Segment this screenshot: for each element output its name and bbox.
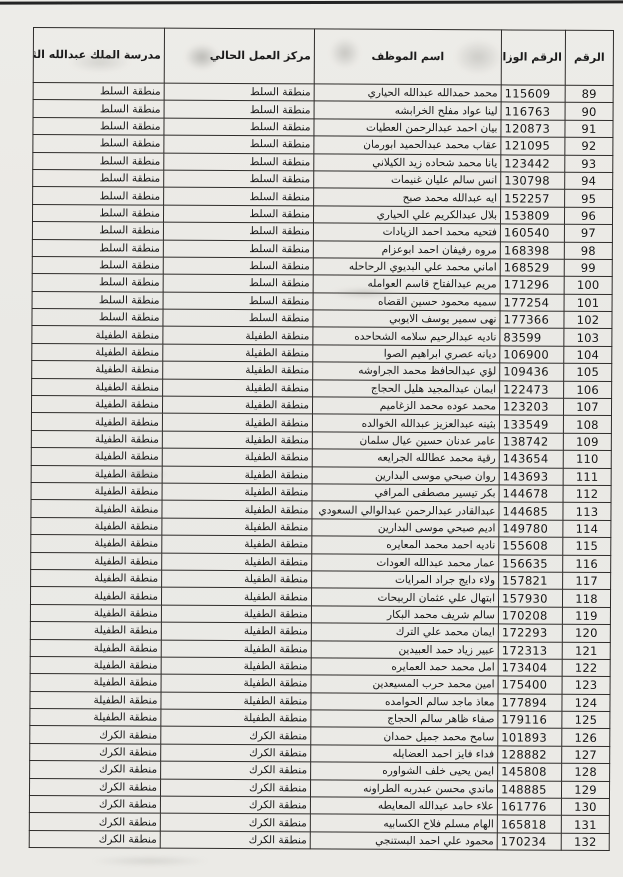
employee-name-cell: سامح محمد جميل حمدان	[311, 727, 498, 745]
row-number-cell: 117	[563, 572, 611, 590]
ministry-number-cell: 109436	[500, 363, 564, 381]
ministry-number-cell: 130798	[501, 172, 565, 190]
ministry-number-cell: 143654	[499, 450, 563, 468]
employee-name-cell: ابتهال علي عثمان الربيحات	[311, 588, 498, 606]
school-cell: منطقة السلط	[32, 291, 163, 309]
work-center-cell: منطقة الطفيلة	[162, 431, 312, 449]
work-center-cell: منطقة الطفيلة	[161, 709, 311, 727]
ministry-number-cell: 177894	[498, 694, 562, 712]
table-row: 132 170234 محمود علي احمد البستنجي منطقة…	[29, 830, 609, 850]
document-scan: الرقم الرقم الوزاري اسم الموظف مركز العم…	[29, 27, 613, 851]
employee-name-cell: ايمان عبدالمجيد هليل الحجاج	[313, 380, 500, 398]
employee-name-cell: ماندي محسن عبدربه الطراونه	[310, 780, 497, 798]
school-cell: منطقة الطفيلة	[31, 500, 162, 518]
school-cell: منطقة الطفيلة	[30, 674, 161, 692]
work-center-cell: منطقة الطفيلة	[162, 553, 312, 571]
school-cell: منطقة السلط	[32, 274, 163, 292]
school-cell: منطقة السلط	[33, 187, 164, 205]
ministry-number-cell: 168398	[500, 241, 564, 259]
work-center-cell: منطقة الطفيلة	[162, 396, 312, 414]
school-cell: منطقة الطفيلة	[30, 691, 161, 709]
work-center-cell: منطقة الطفيلة	[163, 361, 313, 379]
work-center-cell: منطقة الطفيلة	[162, 535, 312, 553]
school-cell: منطقة الطفيلة	[31, 517, 162, 535]
work-center-cell: منطقة السلط	[164, 83, 314, 101]
employee-name-cell: ديانه عصري ابراهيم الصوا	[313, 345, 500, 363]
employee-name-cell: عقاب محمد عبدالحميد ابورمان	[314, 136, 501, 154]
row-number-cell: 111	[563, 468, 611, 486]
ministry-number-cell: 143693	[499, 468, 563, 486]
row-number-cell: 100	[564, 277, 612, 295]
employee-name-cell: بيان احمد عبدالرحمن العطيات	[314, 119, 501, 137]
employee-name-cell: صفاء ظاهر سالم الحجاج	[311, 710, 498, 728]
ministry-number-cell: 157930	[498, 589, 562, 607]
employee-name-cell: لينا عواد مفلح الخرابشه	[314, 101, 501, 119]
row-number-cell: 110	[563, 450, 611, 468]
employee-name-cell: مروه رفيفان احمد ابوعزام	[313, 240, 500, 258]
school-cell: منطقة السلط	[33, 100, 164, 118]
scan-edge-line	[0, 0, 623, 4]
school-cell: منطقة الكرك	[30, 761, 161, 779]
work-center-cell: منطقة الطفيلة	[161, 657, 311, 675]
work-center-cell: منطقة الطفيلة	[161, 692, 311, 710]
school-cell: منطقة الطفيلة	[31, 552, 162, 570]
row-number-cell: 129	[561, 781, 609, 799]
school-cell: منطقة الطفيلة	[32, 361, 163, 379]
ministry-number-cell: 170234	[497, 833, 561, 851]
school-cell: منطقة الطفيلة	[32, 343, 163, 361]
school-cell: منطقة السلط	[32, 239, 163, 257]
school-cell: منطقة الطفيلة	[30, 604, 161, 622]
work-center-cell: منطقة السلط	[163, 222, 313, 240]
work-center-cell: منطقة السلط	[164, 101, 314, 119]
work-center-cell: منطقة الكرك	[160, 779, 310, 797]
ministry-number-cell: 138742	[499, 433, 563, 451]
work-center-cell: منطقة الكرك	[160, 796, 310, 814]
school-cell: منطقة الطفيلة	[31, 413, 162, 431]
employee-name-cell: عمار محمد عبدالله العودات	[312, 553, 499, 571]
ministry-number-cell: 172313	[498, 641, 562, 659]
work-center-cell: منطقة الطفيلة	[161, 587, 311, 605]
school-cell: منطقة الطفيلة	[31, 448, 162, 466]
employee-name-cell: ولاء دايج جراد المرايات	[312, 571, 499, 589]
school-cell: منطقة الطفيلة	[30, 639, 161, 657]
work-center-cell: منطقة السلط	[164, 118, 314, 136]
employee-name-cell: ناديه عبدالرحيم سلامه الشحاحده	[313, 327, 500, 345]
header-ministry-number: الرقم الوزاري	[501, 30, 565, 85]
ministry-number-cell: 170208	[498, 607, 562, 625]
row-number-cell: 109	[563, 433, 611, 451]
ministry-number-cell: 179116	[498, 711, 562, 729]
school-cell: منطقة السلط	[33, 169, 164, 187]
employee-name-cell: مريم عبدالفتاح قاسم العوامله	[313, 275, 500, 293]
row-number-cell: 124	[562, 694, 610, 712]
school-cell: منطقة الطفيلة	[30, 622, 161, 640]
school-cell: منطقة الكرك	[29, 795, 160, 813]
employee-name-cell: عبدالقادر عبدالرحمن عبدالوالي السعودي	[312, 501, 499, 519]
school-cell: منطقة الكرك	[29, 813, 160, 831]
row-number-cell: 99	[564, 259, 612, 277]
school-cell: منطقة الطفيلة	[32, 326, 163, 344]
row-number-cell: 103	[564, 329, 612, 347]
employee-name-cell: سميه محمود حسين القضاه	[313, 293, 500, 311]
row-number-cell: 104	[564, 346, 612, 364]
row-number-cell: 92	[565, 137, 613, 155]
work-center-cell: منطقة السلط	[164, 187, 314, 205]
work-center-cell: منطقة السلط	[164, 135, 314, 153]
row-number-cell: 125	[562, 711, 610, 729]
work-center-cell: منطقة الطفيلة	[161, 640, 311, 658]
work-center-cell: منطقة السلط	[163, 257, 313, 275]
employee-name-cell: محمود علي احمد البستنجي	[310, 832, 497, 850]
employee-name-cell: معاذ ماجد سالم الحوامده	[311, 693, 498, 711]
row-number-cell: 122	[562, 659, 610, 677]
employee-name-cell: محمد حمدالله عبدالله الحياري	[314, 84, 501, 102]
work-center-cell: منطقة الطفيلة	[162, 570, 312, 588]
work-center-cell: منطقة الكرك	[160, 831, 310, 849]
ministry-number-cell: 133549	[499, 415, 563, 433]
row-number-cell: 94	[565, 172, 613, 190]
employee-name-cell: الهام مسلم فلاح الكسابيه	[310, 814, 497, 832]
school-cell: منطقة السلط	[32, 204, 163, 222]
employee-name-cell: بثينه عبدالعزيز عبدالله الخوالده	[312, 414, 499, 432]
employee-name-cell: ايمان محمد علي الترك	[311, 623, 498, 641]
ministry-number-cell: 175400	[498, 676, 562, 694]
row-number-cell: 93	[565, 155, 613, 173]
row-number-cell: 89	[565, 85, 613, 103]
ministry-number-cell: 177366	[500, 311, 564, 329]
ministry-number-cell: 177254	[500, 294, 564, 312]
work-center-cell: منطقة الطفيلة	[162, 501, 312, 519]
employee-name-cell: امين محمد حرب المسيعدين	[311, 675, 498, 693]
row-number-cell: 108	[563, 416, 611, 434]
scanned-transfer-list-page: { "colors":{"paper":"#eae9e5","ink":"#16…	[0, 0, 623, 877]
ministry-number-cell: 144678	[499, 485, 563, 503]
row-number-cell: 130	[561, 798, 609, 816]
work-center-cell: منطقة الطفيلة	[163, 344, 313, 362]
ministry-number-cell: 120873	[501, 120, 565, 138]
work-center-cell: منطقة السلط	[163, 309, 313, 327]
ministry-number-cell: 128882	[498, 746, 562, 764]
school-cell: منطقة السلط	[32, 309, 163, 327]
employee-name-cell: سالم شريف محمد البكار	[311, 606, 498, 624]
row-number-cell: 91	[565, 120, 613, 138]
school-cell: منطقة السلط	[33, 117, 164, 135]
employee-name-cell: فتحيه محمد احمد الزيادات	[313, 223, 500, 241]
employee-name-cell: محمد عوده محمد الزغاميم	[312, 397, 499, 415]
employee-name-cell: رقية محمد عطالله الجرايعه	[312, 449, 499, 467]
school-cell: منطقة الكرك	[30, 743, 161, 761]
row-number-cell: 113	[563, 503, 611, 521]
work-center-cell: منطقة السلط	[163, 240, 313, 258]
school-cell: منطقة الطفيلة	[31, 535, 162, 553]
work-center-cell: منطقة السلط	[163, 292, 313, 310]
school-cell: منطقة الطفيلة	[31, 569, 162, 587]
table-header-row: الرقم الرقم الوزاري اسم الموظف مركز العم…	[33, 27, 613, 85]
ministry-number-cell: 122473	[500, 381, 564, 399]
employee-name-cell: اماني محمد علي البديوي الرحاحله	[313, 258, 500, 276]
employee-name-cell: ايه عبدالله محمد صبح	[314, 188, 501, 206]
ministry-number-cell: 149780	[499, 520, 563, 538]
employee-name-cell: انس سالم عليان غنيمات	[314, 171, 501, 189]
row-number-cell: 112	[563, 485, 611, 503]
row-number-cell: 102	[564, 311, 612, 329]
row-number-cell: 128	[562, 763, 610, 781]
employee-name-cell: عامر عدنان حسين عيال سلمان	[312, 432, 499, 450]
school-cell: منطقة الطفيلة	[32, 378, 163, 396]
employee-name-cell: ايمن يحيى خلف الشواوره	[311, 762, 498, 780]
ministry-number-cell: 123442	[501, 154, 565, 172]
row-number-cell: 126	[562, 729, 610, 747]
school-cell: منطقة الطفيلة	[31, 482, 162, 500]
work-center-cell: منطقة الطفيلة	[161, 674, 311, 692]
school-cell: منطقة الكرك	[30, 726, 161, 744]
school-cell: منطقة السلط	[32, 256, 163, 274]
work-center-cell: منطقة الطفيلة	[163, 327, 313, 345]
ministry-number-cell: 121095	[501, 137, 565, 155]
row-number-cell: 95	[565, 190, 613, 208]
employee-name-cell: فداء فايز احمد العضايله	[311, 745, 498, 763]
work-center-cell: منطقة السلط	[164, 170, 314, 188]
ministry-number-cell: 115609	[501, 85, 565, 103]
row-number-cell: 105	[564, 363, 612, 381]
scan-smudge	[90, 856, 210, 866]
work-center-cell: منطقة الكرك	[161, 761, 311, 779]
school-cell: منطقة السلط	[33, 152, 164, 170]
row-number-cell: 101	[564, 294, 612, 312]
row-number-cell: 131	[561, 816, 609, 834]
work-center-cell: منطقة الطفيلة	[162, 483, 312, 501]
school-cell: منطقة الكرك	[29, 778, 160, 796]
school-cell: منطقة السلط	[33, 135, 164, 153]
employee-name-cell: نهى سمير يوسف الايوبي	[313, 310, 500, 328]
row-number-cell: 90	[565, 103, 613, 121]
ministry-number-cell: 106900	[500, 346, 564, 364]
employee-name-cell: بكر تيسير مصطفى المرافي	[312, 484, 499, 502]
school-cell: منطقة الطفيلة	[30, 656, 161, 674]
work-center-cell: منطقة الطفيلة	[163, 379, 313, 397]
row-number-cell: 118	[562, 590, 610, 608]
header-employee-name: اسم الموظف	[314, 29, 501, 85]
row-number-cell: 123	[562, 677, 610, 695]
row-number-cell: 121	[562, 642, 610, 660]
work-center-cell: منطقة الطفيلة	[162, 518, 312, 536]
header-work-center: مركز العمل الحالي	[164, 28, 314, 84]
ministry-number-cell: 161776	[497, 798, 561, 816]
school-cell: منطقة الطفيلة	[31, 395, 162, 413]
row-number-cell: 98	[564, 242, 612, 260]
ministry-number-cell: 165818	[497, 815, 561, 833]
ministry-number-cell: 144685	[499, 502, 563, 520]
ministry-number-cell: 155608	[499, 537, 563, 555]
row-number-cell: 97	[564, 224, 612, 242]
employee-name-cell: لؤي عبدالحافظ محمد الجراوشه	[313, 362, 500, 380]
school-cell: منطقة الكرك	[29, 830, 160, 848]
ministry-number-cell: 152257	[501, 189, 565, 207]
employee-name-cell: ناديه احمد محمد المعايره	[312, 536, 499, 554]
header-row-number: الرقم	[565, 30, 613, 85]
work-center-cell: منطقة الكرك	[160, 814, 310, 832]
ministry-number-cell: 83599	[500, 328, 564, 346]
employee-name-cell: اديم صبحي موسى البدارين	[312, 519, 499, 537]
row-number-cell: 132	[561, 833, 609, 851]
ministry-number-cell: 145808	[498, 763, 562, 781]
work-center-cell: منطقة السلط	[163, 274, 313, 292]
ministry-number-cell: 160540	[500, 224, 564, 242]
ministry-number-cell: 156635	[499, 554, 563, 572]
ministry-number-cell: 171296	[500, 276, 564, 294]
ministry-number-cell: 157821	[499, 572, 563, 590]
header-school: مدرسة الملك عبدالله الثاني للتميز المنقو…	[33, 27, 164, 83]
ministry-number-cell: 116763	[501, 102, 565, 120]
employee-name-cell: روان صبحي موسى البدارين	[312, 467, 499, 485]
row-number-cell: 115	[563, 537, 611, 555]
work-center-cell: منطقة الكرك	[161, 744, 311, 762]
row-number-cell: 107	[563, 398, 611, 416]
work-center-cell: منطقة الطفيلة	[162, 414, 312, 432]
work-center-cell: منطقة الطفيلة	[161, 605, 311, 623]
employee-name-cell: يانا محمد شحاده زيد الكيلاني	[314, 153, 501, 171]
work-center-cell: منطقة السلط	[164, 153, 314, 171]
ministry-number-cell: 153809	[500, 207, 564, 225]
school-cell: منطقة الطفيلة	[30, 587, 161, 605]
ministry-number-cell: 172293	[498, 624, 562, 642]
school-cell: منطقة السلط	[32, 222, 163, 240]
school-cell: منطقة الطفيلة	[31, 465, 162, 483]
work-center-cell: منطقة الطفيلة	[162, 448, 312, 466]
transfer-table: الرقم الرقم الوزاري اسم الموظف مركز العم…	[29, 27, 614, 851]
school-cell: منطقة السلط	[33, 82, 164, 100]
ministry-number-cell: 148885	[497, 781, 561, 799]
work-center-cell: منطقة الطفيلة	[161, 622, 311, 640]
ministry-number-cell: 168529	[500, 259, 564, 277]
school-cell: منطقة الطفيلة	[31, 430, 162, 448]
row-number-cell: 116	[563, 555, 611, 573]
work-center-cell: منطقة الكرك	[161, 727, 311, 745]
ministry-number-cell: 101893	[498, 728, 562, 746]
row-number-cell: 127	[562, 746, 610, 764]
row-number-cell: 120	[562, 624, 610, 642]
work-center-cell: منطقة السلط	[163, 205, 313, 223]
employee-name-cell: بلال عبدالكريم علي الحياري	[313, 206, 500, 224]
row-number-cell: 96	[564, 207, 612, 225]
row-number-cell: 119	[562, 607, 610, 625]
ministry-number-cell: 123203	[499, 398, 563, 416]
ministry-number-cell: 173404	[498, 659, 562, 677]
row-number-cell: 106	[564, 381, 612, 399]
employee-name-cell: عبير زياد حمد العبيدين	[311, 640, 498, 658]
employee-name-cell: علاء حامد عبدالله المعايطه	[310, 797, 497, 815]
school-cell: منطقة الطفيلة	[30, 709, 161, 727]
employee-name-cell: امل محمد حمد العمايره	[311, 658, 498, 676]
row-number-cell: 114	[563, 520, 611, 538]
work-center-cell: منطقة الطفيلة	[162, 466, 312, 484]
